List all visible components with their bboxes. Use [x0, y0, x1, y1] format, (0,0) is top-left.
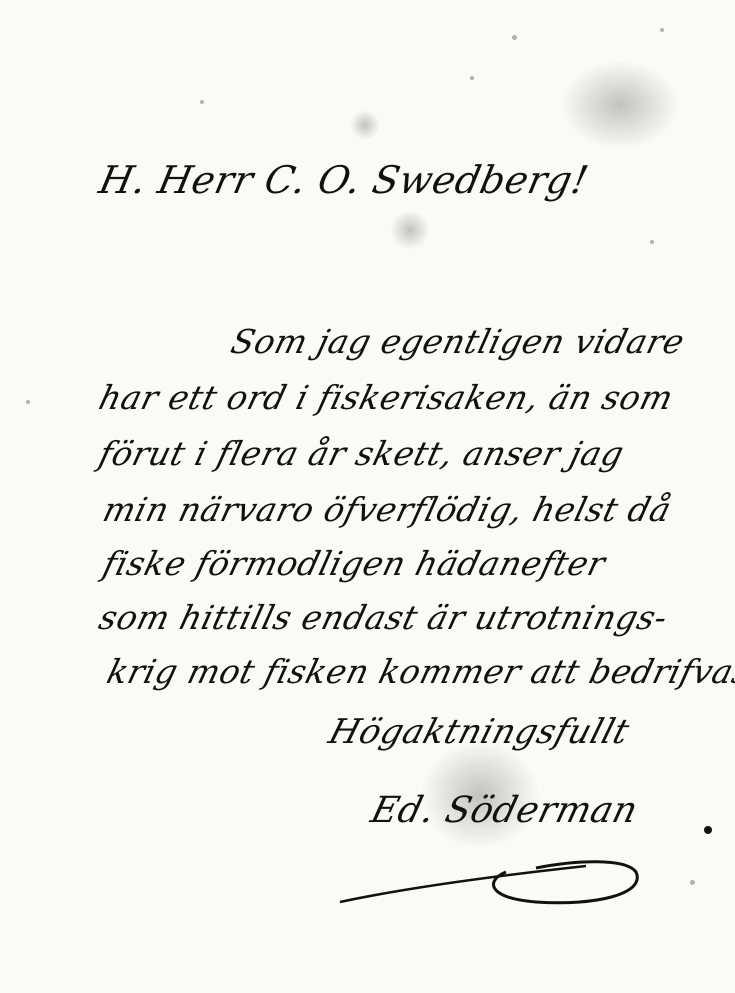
- paper-stain: [350, 110, 380, 140]
- paper-speck: [690, 880, 695, 885]
- body-line-5: fiske förmodligen hädanefter: [99, 544, 609, 583]
- paper-stain: [560, 60, 680, 150]
- closing: Högaktningsfullt: [324, 712, 634, 752]
- body-line-7: krig mot fisken kommer att bedrifvas.: [103, 652, 735, 691]
- paper-speck: [650, 240, 654, 244]
- paper-speck: [470, 76, 474, 80]
- letter-page: H. Herr C. O. Swedberg! Som jag egentlig…: [0, 0, 735, 993]
- salutation: H. Herr C. O. Swedberg!: [95, 158, 592, 202]
- body-line-2: har ett ord i fiskerisaken, än som: [95, 378, 677, 417]
- paper-stain: [390, 210, 430, 250]
- body-line-3: förut i flera år skett, anser jag: [95, 434, 628, 473]
- signature: Ed. Söderman: [367, 790, 642, 831]
- paper-speck: [200, 100, 204, 104]
- signature-dot: [704, 826, 712, 834]
- paper-speck: [660, 28, 664, 32]
- body-line-6: som hittills endast är utrotnings-: [95, 598, 672, 637]
- paper-speck: [26, 400, 30, 404]
- signature-flourish-icon: [336, 850, 656, 910]
- body-line-4: min närvaro öfverflödig, helst då: [99, 490, 675, 529]
- body-line-1: Som jag egentligen vidare: [227, 322, 689, 361]
- paper-speck: [512, 35, 517, 40]
